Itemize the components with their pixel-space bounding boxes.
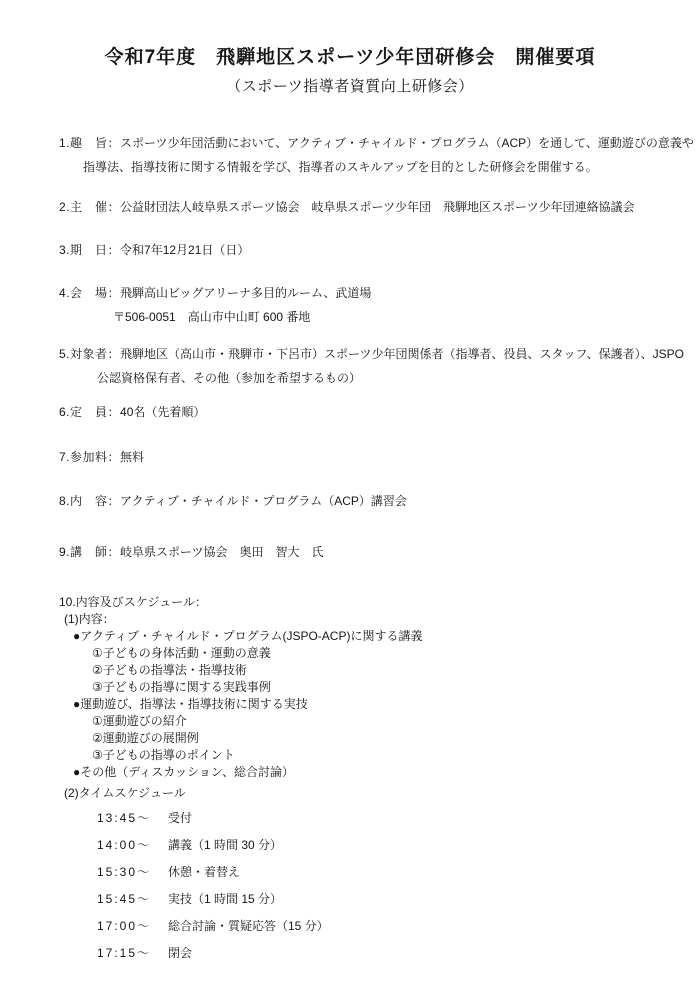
section-line: 9.講 師：岐阜県スポーツ協会 奥田 智大 氏 — [59, 540, 680, 564]
section-line: 2.主 催：公益財団法人岐阜県スポーツ協会 岐阜県スポーツ少年団 飛騨地区スポー… — [59, 195, 680, 219]
timetable-time: 15:45～ — [97, 886, 161, 913]
section-label: 2.主 催： — [59, 200, 120, 214]
section-lecturer: 9.講 師：岐阜県スポーツ協会 奥田 智大 氏 — [59, 540, 680, 564]
section-schedule: 10.内容及びスケジュール： (1)内容： ●アクティブ・チャイルド・プログラム… — [59, 594, 680, 967]
timetable-row: 15:30～休憩・着替え — [97, 859, 680, 886]
timetable-time: 17:00～ — [97, 913, 161, 940]
section-label: 4.会 場： — [59, 286, 120, 300]
section-line: 1.趣 旨：スポーツ少年団活動において、アクティブ・チャイルド・プログラム（AC… — [59, 131, 680, 155]
section-text: 無料 — [120, 450, 144, 464]
section-text: 令和7年12月21日（日） — [120, 243, 249, 257]
bullet-practice: ●運動遊び、指導法・指導技術に関する実技 — [73, 696, 680, 713]
content-heading: (1)内容： — [64, 611, 680, 628]
bullet-lecture-subitem: ③子どもの指導に関する実践事例 — [92, 679, 680, 696]
timetable-activity: 受付 — [168, 811, 192, 825]
section-text: アクティブ・チャイルド・プログラム（ACP）講習会 — [120, 494, 407, 508]
section-label: 5.対象者： — [59, 347, 120, 361]
section-continuation: 指導法、指導技術に関する情報を学び、指導者のスキルアップを目的とした研修会を開催… — [83, 155, 680, 179]
bullet-other: ●その他（ディスカッション、総合討論） — [73, 764, 680, 781]
section-line: 3.期 日：令和7年12月21日（日） — [59, 238, 680, 262]
timetable-activity: 休憩・着替え — [168, 865, 240, 879]
section-fee: 7.参加料：無料 — [59, 445, 680, 469]
section-continuation: 〒506-0051 高山市中山町 600 番地 — [113, 305, 680, 329]
section-purpose: 1.趣 旨：スポーツ少年団活動において、アクティブ・チャイルド・プログラム（AC… — [59, 131, 680, 179]
section-label: 9.講 師： — [59, 545, 120, 559]
timetable-time: 17:15～ — [97, 940, 161, 967]
document-subtitle: （スポーツ指導者資質向上研修会） — [0, 78, 700, 96]
section-text: 飛騨高山ビッグアリーナ多目的ルーム、武道場 — [120, 286, 371, 300]
timetable-time: 15:30～ — [97, 859, 161, 886]
section-line: 5.対象者：飛騨地区（高山市・飛騨市・下呂市）スポーツ少年団関係者（指導者、役員… — [59, 342, 680, 366]
section-label: 6.定 員： — [59, 405, 120, 419]
timetable-activity: 閉会 — [168, 946, 192, 960]
timetable-row: 17:15～閉会 — [97, 940, 680, 967]
section-label: 8.内 容： — [59, 494, 120, 508]
bullet-lecture: ●アクティブ・チャイルド・プログラム(JSPO-ACP)に関する講義 — [73, 628, 680, 645]
timetable-activity: 総合討論・質疑応答（15 分） — [168, 919, 329, 933]
section-line: 7.参加料：無料 — [59, 445, 680, 469]
section-text: 飛騨地区（高山市・飛騨市・下呂市）スポーツ少年団関係者（指導者、役員、スタッフ、… — [120, 347, 684, 361]
schedule-section-heading: 10.内容及びスケジュール： — [59, 594, 680, 611]
section-line: 8.内 容：アクティブ・チャイルド・プログラム（ACP）講習会 — [59, 489, 680, 513]
timetable-time: 13:45～ — [97, 805, 161, 832]
section-label: 7.参加料： — [59, 450, 120, 464]
section-line: 4.会 場：飛騨高山ビッグアリーナ多目的ルーム、武道場 — [59, 281, 680, 305]
timetable-row: 17:00～総合討論・質疑応答（15 分） — [97, 913, 680, 940]
bullet-practice-subitem: ②運動遊びの展開例 — [92, 730, 680, 747]
timetable-row: 14:00～講義（1 時間 30 分） — [97, 832, 680, 859]
section-label: 3.期 日： — [59, 243, 120, 257]
section-text: 公益財団法人岐阜県スポーツ協会 岐阜県スポーツ少年団 飛騨地区スポーツ少年団連絡… — [120, 200, 635, 214]
timetable-heading: (2)タイムスケジュール — [64, 785, 680, 802]
section-text: 岐阜県スポーツ協会 奥田 智大 氏 — [120, 545, 324, 559]
timetable-time: 14:00～ — [97, 832, 161, 859]
section-organizer: 2.主 催：公益財団法人岐阜県スポーツ協会 岐阜県スポーツ少年団 飛騨地区スポー… — [59, 195, 680, 219]
section-text: スポーツ少年団活動において、アクティブ・チャイルド・プログラム（ACP）を通して… — [120, 136, 694, 150]
section-text: 40名（先着順） — [120, 405, 205, 419]
section-capacity: 6.定 員：40名（先着順） — [59, 400, 680, 424]
section-audience: 5.対象者：飛騨地区（高山市・飛騨市・下呂市）スポーツ少年団関係者（指導者、役員… — [59, 342, 680, 390]
document-title: 令和7年度 飛騨地区スポーツ少年団研修会 開催要項 — [0, 46, 700, 70]
timetable-activity: 講義（1 時間 30 分） — [168, 838, 282, 852]
bullet-practice-subitem: ③子どもの指導のポイント — [92, 747, 680, 764]
section-continuation: 公認資格保有者、その他（参加を希望するもの） — [97, 366, 680, 390]
document-page: 令和7年度 飛騨地区スポーツ少年団研修会 開催要項 （スポーツ指導者資質向上研修… — [0, 0, 700, 990]
bullet-lecture-subitem: ②子どもの指導法・指導技術 — [92, 662, 680, 679]
section-line: 6.定 員：40名（先着順） — [59, 400, 680, 424]
timetable: 13:45～受付 14:00～講義（1 時間 30 分） 15:30～休憩・着替… — [59, 805, 680, 967]
section-venue: 4.会 場：飛騨高山ビッグアリーナ多目的ルーム、武道場 〒506-0051 高山… — [59, 281, 680, 329]
timetable-row: 15:45～実技（1 時間 15 分） — [97, 886, 680, 913]
section-date: 3.期 日：令和7年12月21日（日） — [59, 238, 680, 262]
section-label: 1.趣 旨： — [59, 136, 120, 150]
bullet-practice-subitem: ①運動遊びの紹介 — [92, 713, 680, 730]
timetable-row: 13:45～受付 — [97, 805, 680, 832]
bullet-lecture-subitem: ①子どもの身体活動・運動の意義 — [92, 645, 680, 662]
timetable-activity: 実技（1 時間 15 分） — [168, 892, 282, 906]
section-contents: 8.内 容：アクティブ・チャイルド・プログラム（ACP）講習会 — [59, 489, 680, 513]
document-body: 1.趣 旨：スポーツ少年団活動において、アクティブ・チャイルド・プログラム（AC… — [0, 131, 700, 967]
